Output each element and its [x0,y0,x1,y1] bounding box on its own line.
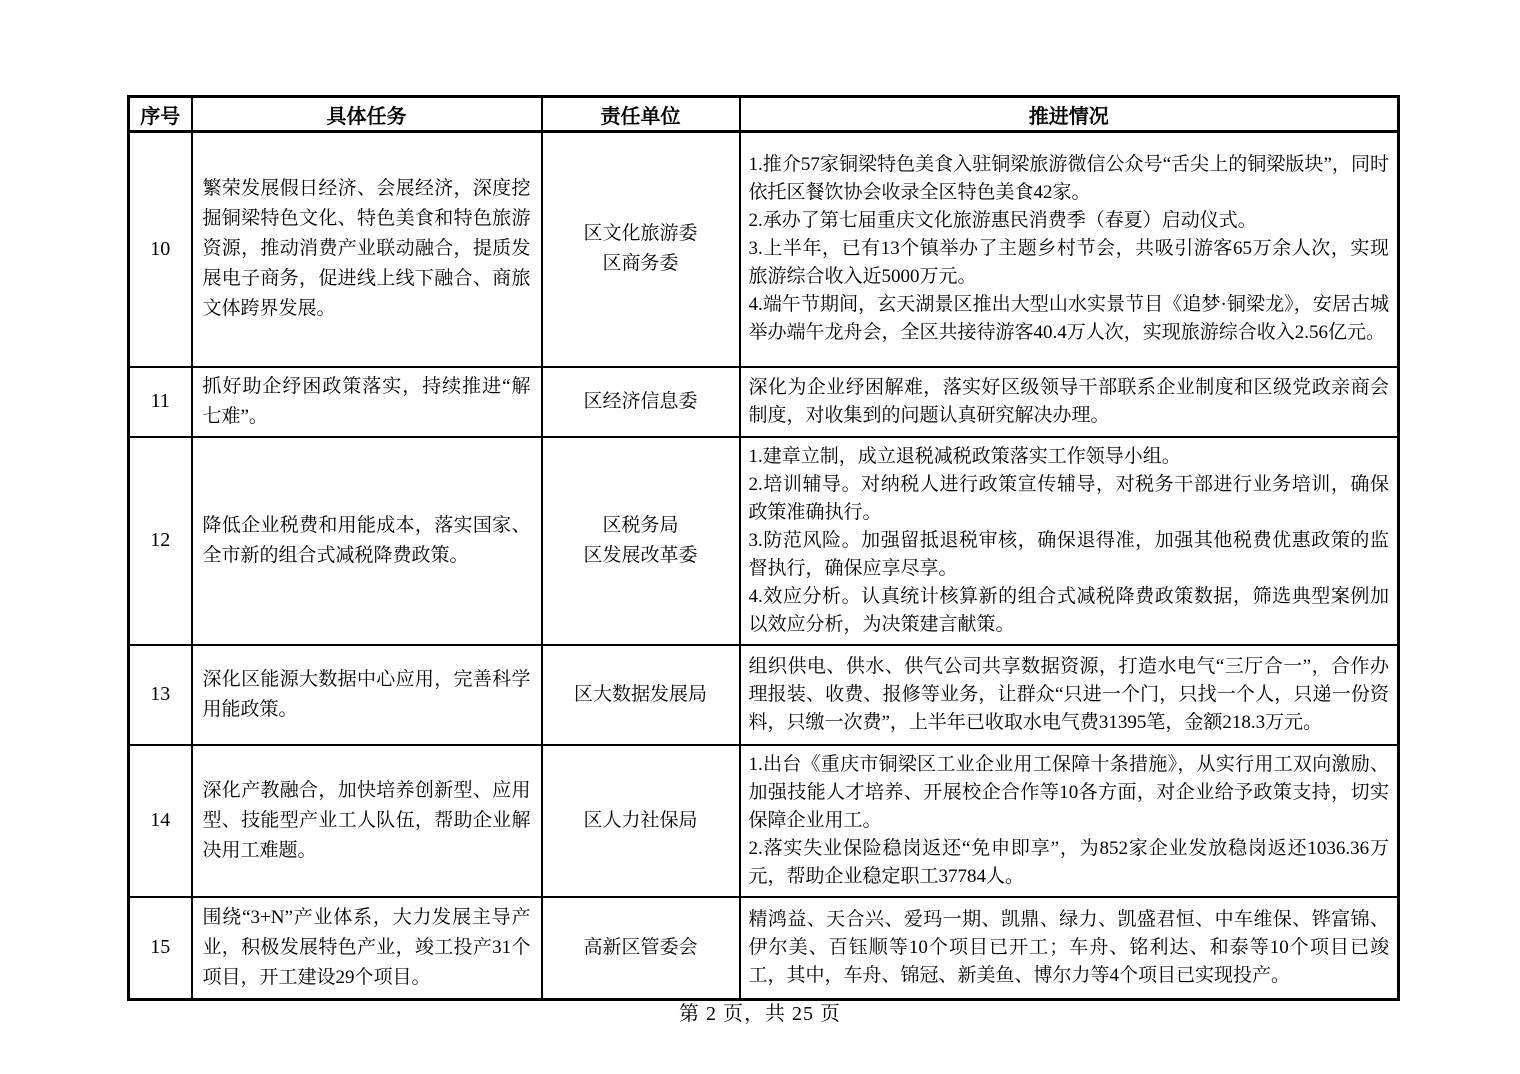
header-task: 具体任务 [192,97,542,132]
progress-item: 4.端午节期间，玄天湖景区推出大型山水实景节目《追梦·铜梁龙》，安居古城举办端午… [749,291,1390,347]
seq-cell: 15 [129,897,192,1000]
table-row: 10繁荣发展假日经济、会展经济，深度挖掘铜梁特色文化、特色美食和特色旅游资源，推… [129,132,1399,367]
task-table: 序号 具体任务 责任单位 推进情况 10繁荣发展假日经济、会展经济，深度挖掘铜梁… [127,95,1400,1001]
task-cell: 深化区能源大数据中心应用，完善科学用能政策。 [192,645,542,745]
document-page: 序号 具体任务 责任单位 推进情况 10繁荣发展假日经济、会展经济，深度挖掘铜梁… [0,0,1520,1074]
progress-cell: 精鸿益、天合兴、爱玛一期、凯鼎、绿力、凯盛君恒、中车维保、铧富锦、伊尔美、百钰顺… [740,897,1399,1000]
seq-cell: 11 [129,367,192,437]
seq-cell: 14 [129,745,192,897]
progress-item: 1.建章立制，成立退税减税政策落实工作领导小组。 [749,443,1390,471]
progress-item: 2.落实失业保险稳岗返还“免申即享”，为852家企业发放稳岗返还1036.36万… [749,835,1390,891]
table-row: 11抓好助企纾困政策落实，持续推进“解七难”。区经济信息委深化为企业纾困解难，落… [129,367,1399,437]
header-progress: 推进情况 [740,97,1399,132]
unit-line: 区税务局 [547,511,735,541]
progress-item: 3.上半年，已有13个镇举办了主题乡村节会，共吸引游客65万余人次，实现旅游综合… [749,235,1390,291]
unit-line: 高新区管委会 [547,933,735,963]
unit-line: 区经济信息委 [547,387,735,417]
progress-item: 3.防范风险。加强留抵退税审核，确保退得准，加强其他税费优惠政策的监督执行，确保… [749,527,1390,583]
progress-cell: 1.建章立制，成立退税减税政策落实工作领导小组。2.培训辅导。对纳税人进行政策宣… [740,437,1399,645]
seq-cell: 13 [129,645,192,745]
progress-cell: 组织供电、供水、供气公司共享数据资源，打造水电气“三厅合一”，合作办理报装、收费… [740,645,1399,745]
progress-item: 组织供电、供水、供气公司共享数据资源，打造水电气“三厅合一”，合作办理报装、收费… [749,653,1390,737]
seq-cell: 10 [129,132,192,367]
table-row: 15围绕“3+N”产业体系，大力发展主导产业，积极发展特色产业，竣工投产31个项… [129,897,1399,1000]
progress-cell: 1.出台《重庆市铜梁区工业企业用工保障十条措施》，从实行用工双向激励、加强技能人… [740,745,1399,897]
task-cell: 抓好助企纾困政策落实，持续推进“解七难”。 [192,367,542,437]
task-cell: 围绕“3+N”产业体系，大力发展主导产业，积极发展特色产业，竣工投产31个项目，… [192,897,542,1000]
unit-cell: 高新区管委会 [542,897,740,1000]
task-cell: 降低企业税费和用能成本，落实国家、全市新的组合式减税降费政策。 [192,437,542,645]
progress-item: 1.推介57家铜梁特色美食入驻铜梁旅游微信公众号“舌尖上的铜梁版块”，同时依托区… [749,151,1390,207]
table-row: 12降低企业税费和用能成本，落实国家、全市新的组合式减税降费政策。区税务局区发展… [129,437,1399,645]
table-header-row: 序号 具体任务 责任单位 推进情况 [129,97,1399,132]
unit-line: 区发展改革委 [547,541,735,571]
header-unit: 责任单位 [542,97,740,132]
unit-cell: 区税务局区发展改革委 [542,437,740,645]
progress-item: 2.培训辅导。对纳税人进行政策宣传辅导，对税务干部进行业务培训，确保政策准确执行… [749,471,1390,527]
unit-line: 区商务委 [547,249,735,279]
table-row: 14深化产教融合，加快培养创新型、应用型、技能型产业工人队伍，帮助企业解决用工难… [129,745,1399,897]
unit-line: 区大数据发展局 [547,680,735,710]
unit-cell: 区文化旅游委区商务委 [542,132,740,367]
unit-line: 区文化旅游委 [547,219,735,249]
task-cell: 深化产教融合，加快培养创新型、应用型、技能型产业工人队伍，帮助企业解决用工难题。 [192,745,542,897]
header-seq: 序号 [129,97,192,132]
unit-cell: 区经济信息委 [542,367,740,437]
progress-item: 深化为企业纾困解难，落实好区级领导干部联系企业制度和区级党政亲商会制度，对收集到… [749,374,1390,430]
progress-item: 1.出台《重庆市铜梁区工业企业用工保障十条措施》，从实行用工双向激励、加强技能人… [749,751,1390,835]
seq-cell: 12 [129,437,192,645]
unit-line: 区人力社保局 [547,806,735,836]
table-body: 10繁荣发展假日经济、会展经济，深度挖掘铜梁特色文化、特色美食和特色旅游资源，推… [129,132,1399,1000]
unit-cell: 区大数据发展局 [542,645,740,745]
table-row: 13深化区能源大数据中心应用，完善科学用能政策。区大数据发展局组织供电、供水、供… [129,645,1399,745]
page-number: 第 2 页，共 25 页 [0,997,1520,1026]
progress-item: 2.承办了第七届重庆文化旅游惠民消费季（春夏）启动仪式。 [749,207,1390,235]
progress-cell: 深化为企业纾困解难，落实好区级领导干部联系企业制度和区级党政亲商会制度，对收集到… [740,367,1399,437]
progress-item: 精鸿益、天合兴、爱玛一期、凯鼎、绿力、凯盛君恒、中车维保、铧富锦、伊尔美、百钰顺… [749,906,1390,990]
unit-cell: 区人力社保局 [542,745,740,897]
task-cell: 繁荣发展假日经济、会展经济，深度挖掘铜梁特色文化、特色美食和特色旅游资源，推动消… [192,132,542,367]
progress-item: 4.效应分析。认真统计核算新的组合式减税降费政策数据，筛选典型案例加以效应分析，… [749,583,1390,639]
progress-cell: 1.推介57家铜梁特色美食入驻铜梁旅游微信公众号“舌尖上的铜梁版块”，同时依托区… [740,132,1399,367]
